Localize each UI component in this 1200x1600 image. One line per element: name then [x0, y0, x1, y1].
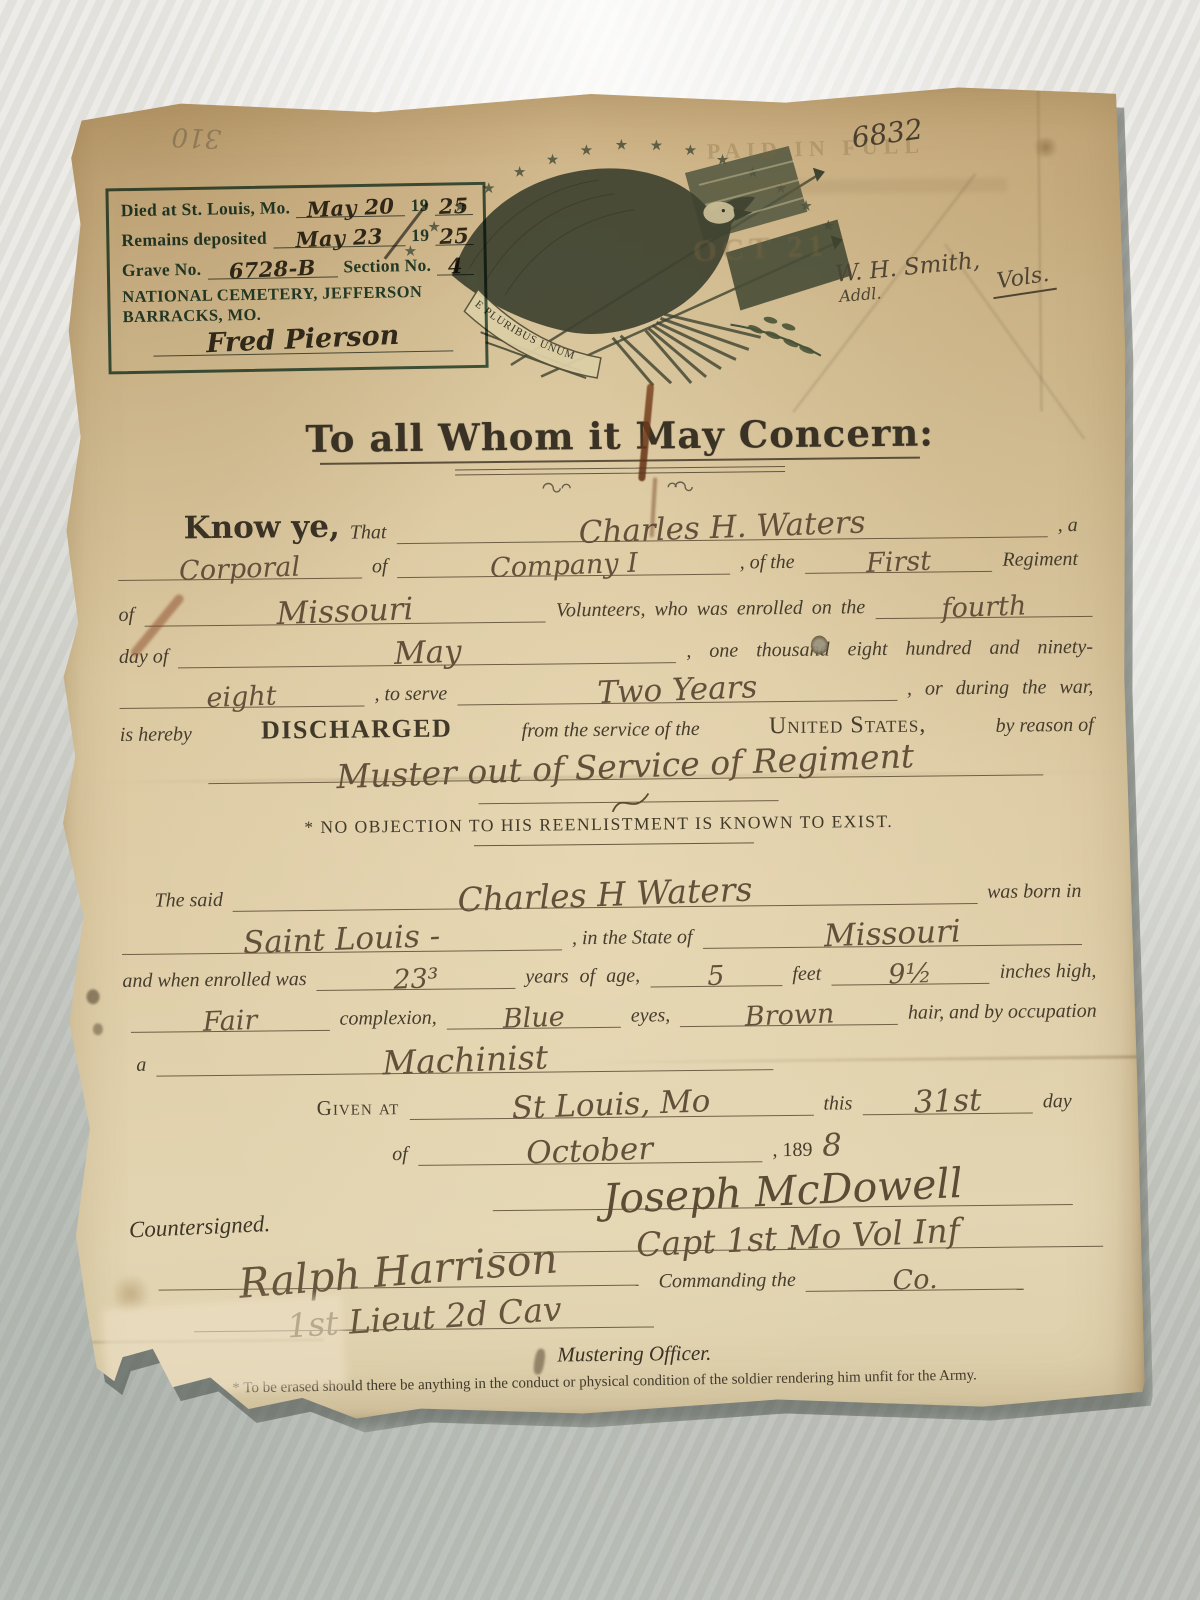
year-printed-label: , 189 [772, 1139, 812, 1162]
rank-field: Corporal [118, 550, 362, 581]
enrolled-was-label: and when enrolled was [122, 968, 306, 993]
commanding-unit-value: Co. [892, 1266, 938, 1295]
enroll-day-field: fourth [875, 589, 1093, 619]
eyes-label: eyes, [631, 1004, 671, 1027]
line-rank-company: Corporal of Company I , of the First Reg… [118, 543, 1078, 581]
given-at-label: Given at [317, 1095, 400, 1121]
regiment-number-value: First [866, 548, 932, 577]
of2-label: of [118, 604, 134, 627]
complexion-field: Fair [131, 1003, 330, 1033]
section-label: Section No. [343, 255, 431, 278]
line-discharged: is hereby DISCHARGED from the service of… [120, 707, 1094, 747]
remains-year-field: 25 [435, 221, 473, 246]
soldier-name-value: Charles H. Waters [578, 507, 866, 548]
line-given-at: Given at St Louis, Mo this 31st day [317, 1081, 1072, 1121]
year-digit-value: 8 [822, 1130, 843, 1162]
died-date-field: May 20 [296, 192, 405, 218]
line-features: Fair complexion, Blue eyes, Brown hair, … [131, 995, 1097, 1033]
no-objection-rule [474, 842, 754, 846]
comma-a-label: , a [1058, 514, 1078, 537]
remains-year-prefix: 19 [411, 225, 429, 246]
star-icon: ★ [650, 136, 664, 154]
grave-label: Grave No. [122, 259, 202, 281]
enroll-day-value: fourth [941, 592, 1027, 622]
countersigner-field: Ralph Harrison [158, 1244, 638, 1291]
given-place-value: St Louis, Mo [511, 1086, 711, 1124]
section-number-value: 4 [448, 255, 464, 277]
rank-value: Corporal [179, 554, 301, 585]
footnote: * To be erased should there be anything … [115, 1365, 1095, 1399]
died-label: Died at St. Louis, Mo. [121, 197, 291, 221]
company-field: Company I [397, 547, 729, 578]
given-day-field: 31st [862, 1081, 1033, 1115]
died-year-prefix: 19 [410, 195, 428, 216]
died-year-value: 25 [438, 195, 469, 217]
hair-value: Brown [744, 1000, 834, 1030]
state-value: Missouri [276, 594, 414, 630]
stamp-died-row: Died at St. Louis, Mo. May 20 19 25 [121, 191, 473, 221]
vols-note: Vols. [989, 261, 1057, 299]
fold-crease [1037, 81, 1042, 411]
of-the-label: , of the [740, 551, 795, 575]
complexion-value: Fair [202, 1007, 257, 1036]
regiment-number-field: First [804, 544, 992, 574]
died-year-field: 25 [435, 191, 473, 216]
officer-rank: Capt 1st Mo Vol Inf [636, 1214, 961, 1262]
this-label: this [823, 1092, 852, 1115]
day-of-label: day of [119, 645, 169, 669]
pencil-number: 310 [171, 121, 222, 153]
year-word-field: eight [119, 678, 364, 709]
line-age-height: and when enrolled was 23³ years of age, … [122, 955, 1096, 993]
years-of-age-label: years of age, [525, 965, 640, 989]
stain [113, 1271, 147, 1317]
to-serve-label: , to serve [374, 683, 447, 707]
that-label: That [350, 521, 387, 544]
volunteers-label: Volunteers, who was enrolled on the [556, 596, 865, 622]
died-date-value: May 20 [306, 195, 394, 220]
countersigner-rank: 1st Lieut 2d Cav [286, 1292, 562, 1342]
title-ornament [525, 477, 715, 499]
feet-field: 5 [650, 958, 783, 987]
reason-field: Muster out of Service of Regiment [208, 741, 1043, 784]
line-occupation: a Machinist [136, 1036, 773, 1077]
stain [93, 1023, 103, 1035]
star-icon: ★ [580, 141, 594, 159]
soldier-name2-field: Charles H Waters [233, 870, 978, 912]
undertaker-signature: Fred Pierson [206, 322, 400, 357]
day-label: day [1043, 1090, 1072, 1113]
given-month-field: October [418, 1130, 763, 1166]
of-label: of [372, 555, 388, 578]
line-birthplace: Saint Louis - , in the State of Missouri [122, 913, 1082, 955]
birthplace-value: Saint Louis - [243, 921, 441, 959]
remains-label: Remains deposited [121, 228, 267, 252]
enroll-month-field: May [178, 631, 676, 668]
line-month-year: day of May , one thousand eight hundred … [119, 627, 1093, 669]
soldier-name-field: Charles H. Waters [396, 505, 1047, 544]
inches-field: 9½ [831, 956, 990, 986]
file-number: 6832 [850, 112, 925, 154]
no-objection-note: * NO OBJECTION TO HIS REENLISTMENT IS KN… [59, 808, 1139, 840]
star-icon: ★ [615, 136, 629, 154]
line-officer-signature: Joseph McDowell [492, 1163, 1072, 1211]
reason-continuation-field [478, 784, 778, 804]
remains-date-field: May 23 [273, 222, 406, 248]
undertaker-signature-field: Fred Pierson [153, 323, 453, 356]
the-said-label: The said [154, 889, 223, 913]
during-war-label: , or during the war, [907, 676, 1094, 701]
eyes-field: Blue [447, 1000, 621, 1030]
term-field: Two Years [457, 669, 897, 706]
line-state-enrolled: of Missouri Volunteers, who was enrolled… [118, 585, 1092, 627]
star-icon: ★ [513, 163, 527, 181]
birth-state-value: Missouri [823, 916, 961, 952]
feet-value: 5 [707, 962, 725, 990]
line-countersigner: Ralph Harrison [158, 1244, 638, 1291]
know-ye-label: Know ye, [183, 509, 340, 547]
regiment-label: Regiment [1002, 548, 1078, 572]
stain [1032, 137, 1060, 157]
star-icon: ★ [546, 150, 560, 168]
occupation-field: Machinist [156, 1036, 773, 1076]
line-given-month: of October , 189 8 [392, 1129, 842, 1166]
grave-number-value: 6728-B [229, 257, 317, 282]
section-number-field: 4 [437, 251, 474, 276]
line-reason: Muster out of Service of Regiment [208, 741, 1043, 784]
given-month-value: October [526, 1134, 654, 1170]
is-hereby-label: is hereby [120, 723, 192, 747]
discharged-word: DISCHARGED [261, 714, 453, 746]
clerk-title: Addl. [839, 284, 883, 306]
inches-label: inches high, [1000, 960, 1097, 984]
company-value: Company I [489, 550, 638, 582]
age-field: 23³ [316, 961, 515, 991]
eyes-value: Blue [502, 1004, 565, 1033]
countersigner-rank-field: 1st Lieut 2d Cav [194, 1293, 654, 1332]
grave-number-field: 6728-B [207, 253, 337, 279]
commanding-label: Commanding the [658, 1269, 795, 1293]
given-day-value: 31st [913, 1085, 982, 1118]
state-field: Missouri [144, 591, 546, 627]
remains-year-value: 25 [439, 225, 470, 247]
document-title: To all Whom it May Concern: [305, 410, 934, 461]
burial-stamp: Died at St. Louis, Mo. May 20 19 25 Rema… [105, 182, 488, 375]
officer-signature-field: Joseph McDowell [492, 1163, 1072, 1211]
line-said-name: The said Charles H Waters was born in [154, 869, 1081, 913]
year-word-value: eight [206, 682, 277, 712]
soldier-name2-value: Charles H Waters [457, 873, 753, 917]
enroll-month-value: May [393, 637, 462, 670]
by-reason-label: by reason of [995, 714, 1093, 738]
given-place-field: St Louis, Mo [409, 1084, 813, 1120]
inches-value: 9½ [888, 960, 932, 989]
remains-date-value: May 23 [295, 225, 383, 250]
hair-label: hair, and by occupation [908, 1000, 1097, 1025]
star-icon: ★ [684, 141, 698, 159]
cemetery-name: NATIONAL CEMETERY, JEFFERSON BARRACKS, M… [122, 281, 475, 327]
line-countersigner-rank: 1st Lieut 2d Cav [194, 1293, 654, 1332]
countersigned-label: Countersigned. [128, 1211, 270, 1243]
clerk-signature: W. H. Smith, [834, 248, 981, 288]
mustering-officer-label: Mustering Officer. [494, 1340, 774, 1368]
from-service-label: from the service of the [521, 718, 699, 743]
line-commanding: Commanding the Co. [658, 1262, 1023, 1294]
line-term: eight , to serve Two Years , or during t… [119, 667, 1093, 709]
term-value: Two Years [597, 672, 758, 709]
birthplace-field: Saint Louis - [122, 918, 562, 955]
stamp-remains-row: Remains deposited May 23 19 25 [121, 221, 473, 251]
feet-label: feet [792, 963, 821, 986]
a-label: a [136, 1054, 146, 1077]
state-of-label: , in the State of [572, 926, 693, 950]
commanding-unit-field: Co. [806, 1262, 1024, 1292]
age-value: 23³ [393, 965, 439, 994]
discharge-certificate: ★ ★ ★ ★ ★ ★ ★ ★ ★ ★ ★ ★ ★ ★ ★ [51, 80, 1145, 1421]
officer-signature: Joseph McDowell [602, 1163, 964, 1220]
thousand-label: , one thousand eight hundred and ninety- [686, 636, 1093, 663]
of3-label: of [392, 1143, 408, 1166]
title-rule-2 [455, 466, 785, 475]
occupation-value: Machinist [381, 1040, 548, 1079]
fold-crease [64, 1339, 324, 1344]
complexion-label: complexion, [339, 1007, 436, 1031]
line-know-ye: Know ye, That Charles H. Waters , a [183, 501, 1077, 546]
born-in-label: was born in [987, 880, 1082, 904]
birth-state-field: Missouri [702, 913, 1082, 949]
stamp-grave-row: Grave No. 6728-B Section No. 4 [122, 251, 474, 281]
stain [86, 989, 99, 1004]
hair-field: Brown [680, 997, 898, 1027]
photo-scene: ★ ★ ★ ★ ★ ★ ★ ★ ★ ★ ★ ★ ★ ★ ★ [0, 0, 1200, 1600]
